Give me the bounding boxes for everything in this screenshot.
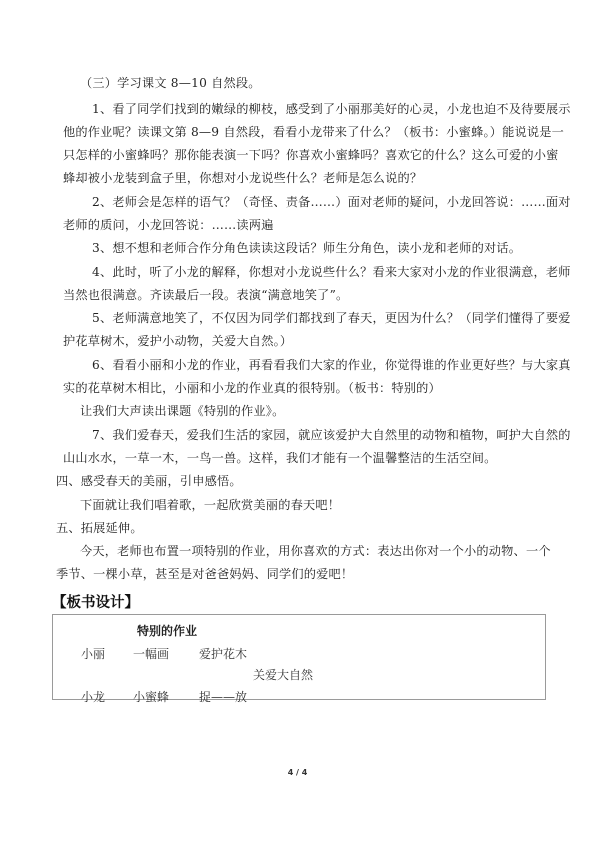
paragraph-line: 当然也很满意。齐读最后一段。表演“满意地笑了”。 (63, 287, 348, 303)
paragraph-line: 5、老师满意地笑了，不仅因为同学们都找到了春天，更因为什么？（同学们懂得了要爱 (92, 310, 571, 326)
section-heading-4: 四、感受春天的美丽，引申感悟。 (56, 473, 242, 489)
board-cell: 小龙 (81, 689, 105, 705)
paragraph-line: 6、看看小丽和小龙的作业，再看看我们大家的作业，你觉得谁的作业更好些？与大家真 (92, 357, 571, 373)
board-cell: 爱护花木 (199, 646, 247, 662)
board-cell: 一幅画 (133, 646, 169, 662)
paragraph-line: 3、想不想和老师合作分角色读读这段话？师生分角色，读小龙和老师的对话。 (92, 240, 521, 256)
paragraph-line: 7、我们爱春天，爱我们生活的家园，就应该爱护大自然里的动物和植物，呵护大自然的 (92, 427, 571, 443)
paragraph-line: 今天，老师也布置一项特别的作业，用你喜欢的方式：表达出你对一个小的动物、一个 (80, 543, 551, 559)
paragraph-line: 他的作业呢？读课文第 8—9 自然段，看看小龙带来了什么？（板书：小蜜蜂。）能说… (63, 124, 564, 140)
paragraph-line: 让我们大声读出课题《特别的作业》。 (80, 403, 285, 419)
board-title: 特别的作业 (137, 623, 197, 639)
paragraph-line: 只怎样的小蜜蜂吗？那你能表演一下吗？你喜欢小蜜蜂吗？喜欢它的什么？这么可爱的小蜜 (63, 147, 559, 163)
paragraph-line: 实的花草树木相比，小丽和小龙的作业真的很特别。（板书：特别的） (63, 380, 441, 396)
paragraph-line: 2、老师会是怎样的语气？（奇怪、责备……）面对老师的疑问，小龙回答说：……面对 (92, 194, 571, 210)
page-number: 4 / 4 (0, 768, 595, 777)
board-cell: 小蜜蜂 (133, 689, 169, 705)
paragraph-line: 季节、一棵小草，甚至是对爸爸妈妈、同学们的爱吧！ (56, 566, 353, 582)
board-cell: 小丽 (81, 646, 105, 662)
board-cell: 关爱大自然 (253, 667, 313, 683)
board-cell: 捉——放 (199, 689, 247, 705)
paragraph-line: 山山水水，一草一木，一鸟一兽。这样，我们才能有一个温馨整洁的生活空间。 (63, 450, 497, 466)
paragraph-line: 下面就让我们唱着歌，一起欣赏美丽的春天吧！ (80, 497, 340, 513)
paragraph-line: 老师的质问，小龙回答说：……读两遍 (63, 217, 274, 233)
paragraph-line: 蜂却被小龙装到盒子里，你想对小龙说些什么？老师是怎么说的？ (63, 170, 422, 186)
board-design-box: 特别的作业 小丽 一幅画 爱护花木 关爱大自然 小龙 小蜜蜂 捉——放 (52, 614, 546, 700)
section-heading-3: （三）学习课文 8—10 自然段。 (80, 75, 261, 91)
paragraph-line: 护花草树木，爱护小动物，关爱大自然。） (63, 333, 292, 349)
paragraph-line: 4、此时，听了小龙的解释，你想对小龙说些什么？看来大家对小龙的作业很满意，老师 (92, 264, 571, 280)
board-design-heading: 【板书设计】 (52, 591, 139, 612)
paragraph-line: 1、看了同学们找到的嫩绿的柳枝，感受到了小丽那美好的心灵，小龙也迫不及待要展示 (92, 101, 571, 117)
section-heading-5: 五、拓展延伸。 (56, 520, 143, 536)
